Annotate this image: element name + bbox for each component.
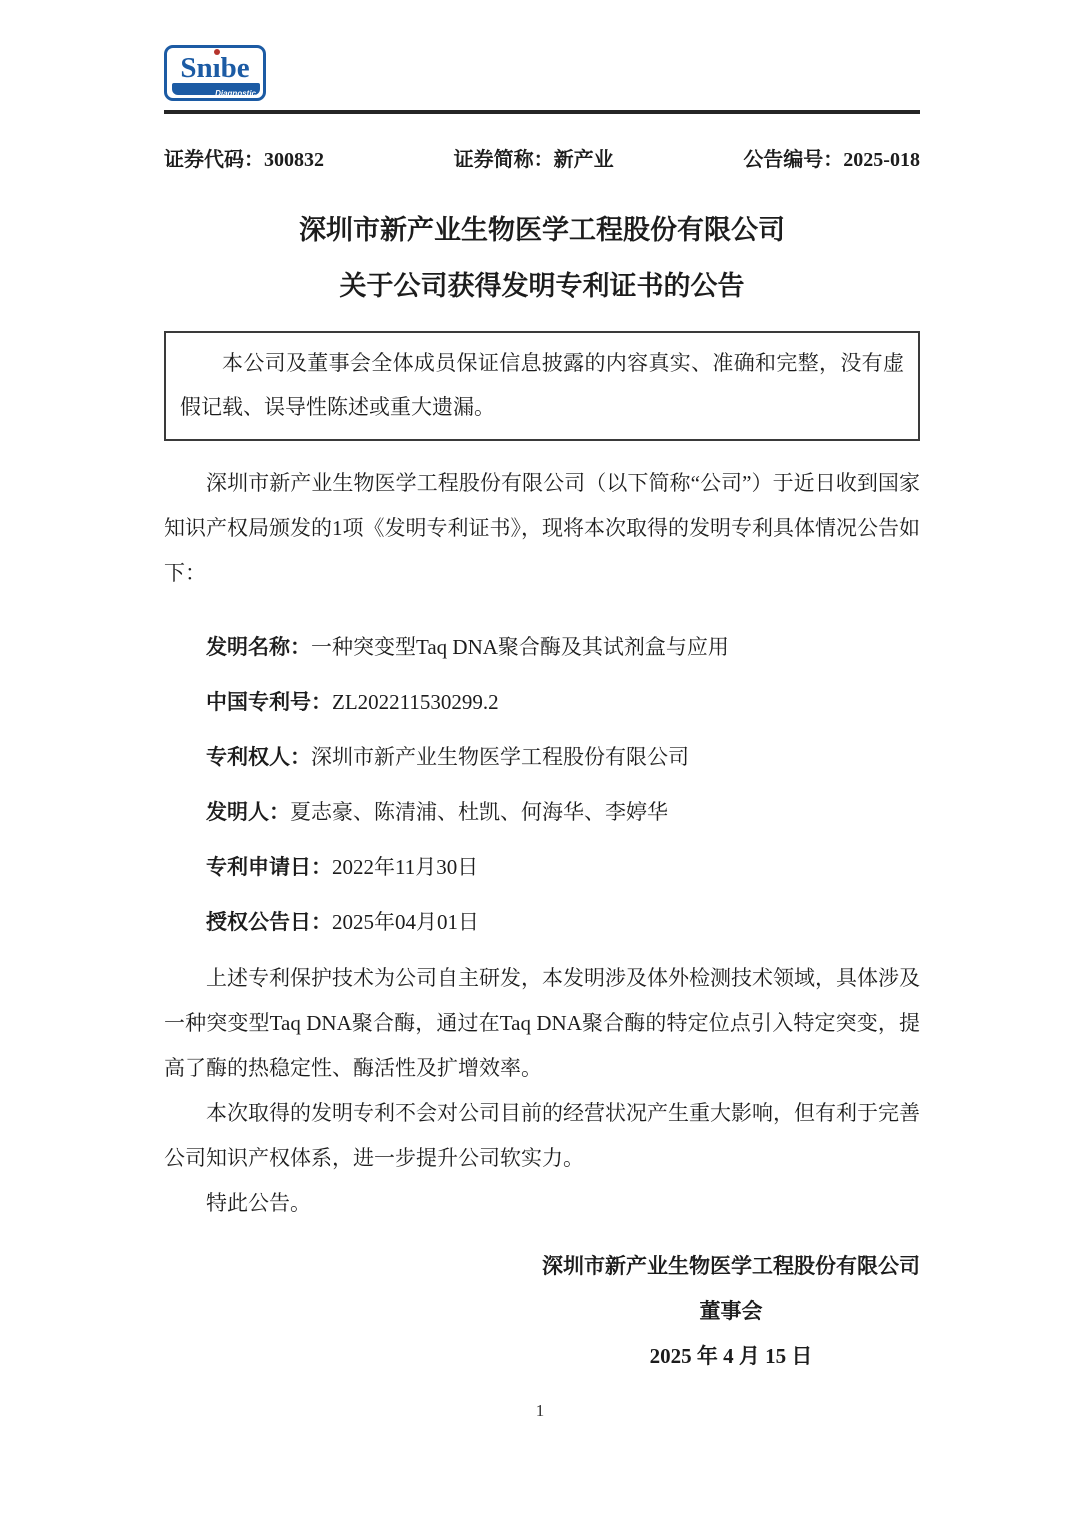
detail-value: 夏志豪、陈清浦、杜凯、何海华、李婷华	[290, 800, 668, 824]
detail-value: 深圳市新产业生物医学工程股份有限公司	[311, 745, 689, 769]
impact-paragraph: 本次取得的发明专利不会对公司目前的经营状况产生重大影响，但有利于完善公司知识产权…	[164, 1091, 920, 1181]
patent-details: 发明名称：一种突变型Taq DNA聚合酶及其试剂盒与应用 中国专利号：ZL202…	[164, 626, 920, 944]
announcement-title: 关于公司获得发明专利证书的公告	[164, 269, 920, 303]
logo-diagnostic-label: Diagnostic	[215, 89, 256, 98]
signature-company: 深圳市新产业生物医学工程股份有限公司	[542, 1244, 920, 1289]
detail-grant-date: 授权公告日：2025年04月01日	[164, 901, 920, 944]
closing-statement: 特此公告。	[164, 1181, 920, 1226]
detail-value: 一种突变型Taq DNA聚合酶及其试剂盒与应用	[311, 635, 729, 659]
page-content: Snıbe Diagnostic 证券代码：300832 证券简称：新产业 公告…	[0, 0, 1080, 1379]
detail-label: 专利权人：	[206, 745, 311, 769]
technology-paragraph: 上述专利保护技术为公司自主研发，本发明涉及体外检测技术领域，具体涉及一种突变型T…	[164, 956, 920, 1091]
intro-paragraph: 深圳市新产业生物医学工程股份有限公司（以下简称“公司”）于近日收到国家知识产权局…	[164, 461, 920, 596]
securities-header: 证券代码：300832 证券简称：新产业 公告编号：2025-018	[164, 147, 920, 173]
stock-name: 证券简称：新产业	[454, 147, 614, 173]
logo-letter-i: ı	[213, 48, 221, 88]
announcement-page: Snıbe Diagnostic 证券代码：300832 证券简称：新产业 公告…	[0, 0, 1080, 1526]
logo-red-dot-icon	[214, 49, 220, 55]
disclaimer-text: 本公司及董事会全体成员保证信息披露的内容真实、准确和完整，没有虚假记载、误导性陈…	[180, 341, 904, 429]
detail-application-date: 专利申请日：2022年11月30日	[164, 846, 920, 889]
detail-value: 2025年04月01日	[332, 910, 479, 934]
detail-value: 2022年11月30日	[332, 855, 478, 879]
announcement-number: 公告编号：2025-018	[743, 147, 920, 173]
company-name-title: 深圳市新产业生物医学工程股份有限公司	[164, 213, 920, 247]
detail-inventors: 发明人：夏志豪、陈清浦、杜凯、何海华、李婷华	[164, 791, 920, 834]
logo-text-right: be	[221, 52, 250, 84]
detail-label: 发明名称：	[206, 635, 311, 659]
detail-label: 发明人：	[206, 800, 290, 824]
header-divider	[164, 110, 920, 114]
detail-patentee: 专利权人：深圳市新产业生物医学工程股份有限公司	[164, 736, 920, 779]
detail-label: 授权公告日：	[206, 910, 332, 934]
detail-value: ZL202211530299.2	[332, 690, 499, 714]
detail-patent-number: 中国专利号：ZL202211530299.2	[164, 681, 920, 724]
detail-label: 中国专利号：	[206, 690, 332, 714]
logo-diagnostic-band: Diagnostic	[172, 83, 260, 95]
signature-block: 深圳市新产业生物医学工程股份有限公司 董事会 2025 年 4 月 15 日	[542, 1244, 920, 1379]
disclaimer-box: 本公司及董事会全体成员保证信息披露的内容真实、准确和完整，没有虚假记载、误导性陈…	[164, 331, 920, 441]
snibe-logo: Snıbe Diagnostic	[164, 45, 266, 101]
signature-date: 2025 年 4 月 15 日	[542, 1334, 920, 1379]
stock-code: 证券代码：300832	[164, 147, 324, 173]
snibe-wordmark: Snıbe	[167, 48, 263, 88]
detail-invention-name: 发明名称：一种突变型Taq DNA聚合酶及其试剂盒与应用	[164, 626, 920, 669]
logo-text-left: Sn	[180, 52, 212, 84]
detail-label: 专利申请日：	[206, 855, 332, 879]
signature-board: 董事会	[542, 1289, 920, 1334]
page-number: 1	[0, 1401, 1080, 1421]
